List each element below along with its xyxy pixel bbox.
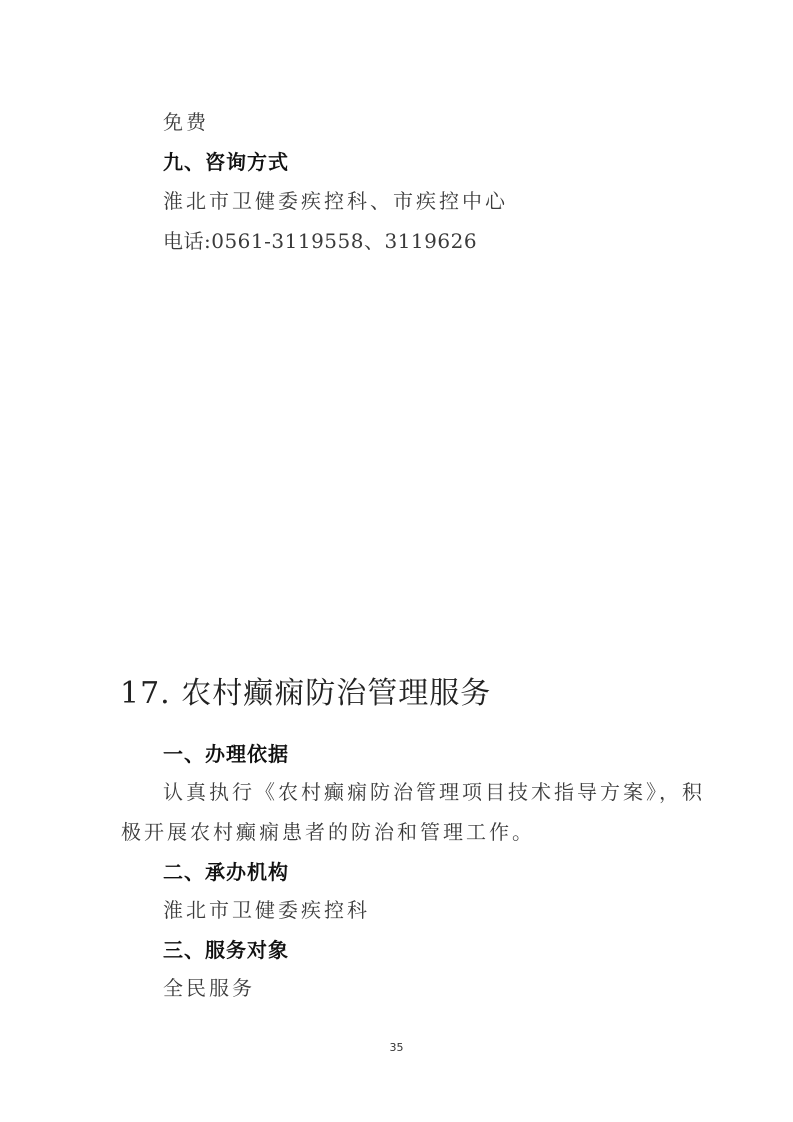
consult-org: 淮北市卫健委疾控科、市疾控中心	[163, 189, 508, 213]
fee-value: 免费	[163, 110, 209, 134]
agency-heading: 二、承办机构	[163, 860, 289, 884]
section-title: 17. 农村癫痫防治管理服务	[120, 676, 491, 712]
consult-phone: 电话:0561-3119558、3119626	[163, 229, 477, 253]
page-number: 35	[0, 1041, 793, 1054]
basis-text-line-1: 认真执行《农村癫痫防治管理项目技术指导方案》，积	[163, 780, 705, 804]
consult-heading: 九、咨询方式	[163, 150, 289, 174]
agency-value: 淮北市卫健委疾控科	[163, 898, 370, 922]
basis-heading: 一、办理依据	[163, 742, 289, 766]
target-value: 全民服务	[163, 976, 255, 1000]
basis-text-line-2: 极开展农村癫痫患者的防治和管理工作。	[121, 820, 535, 844]
target-heading: 三、服务对象	[163, 938, 289, 962]
